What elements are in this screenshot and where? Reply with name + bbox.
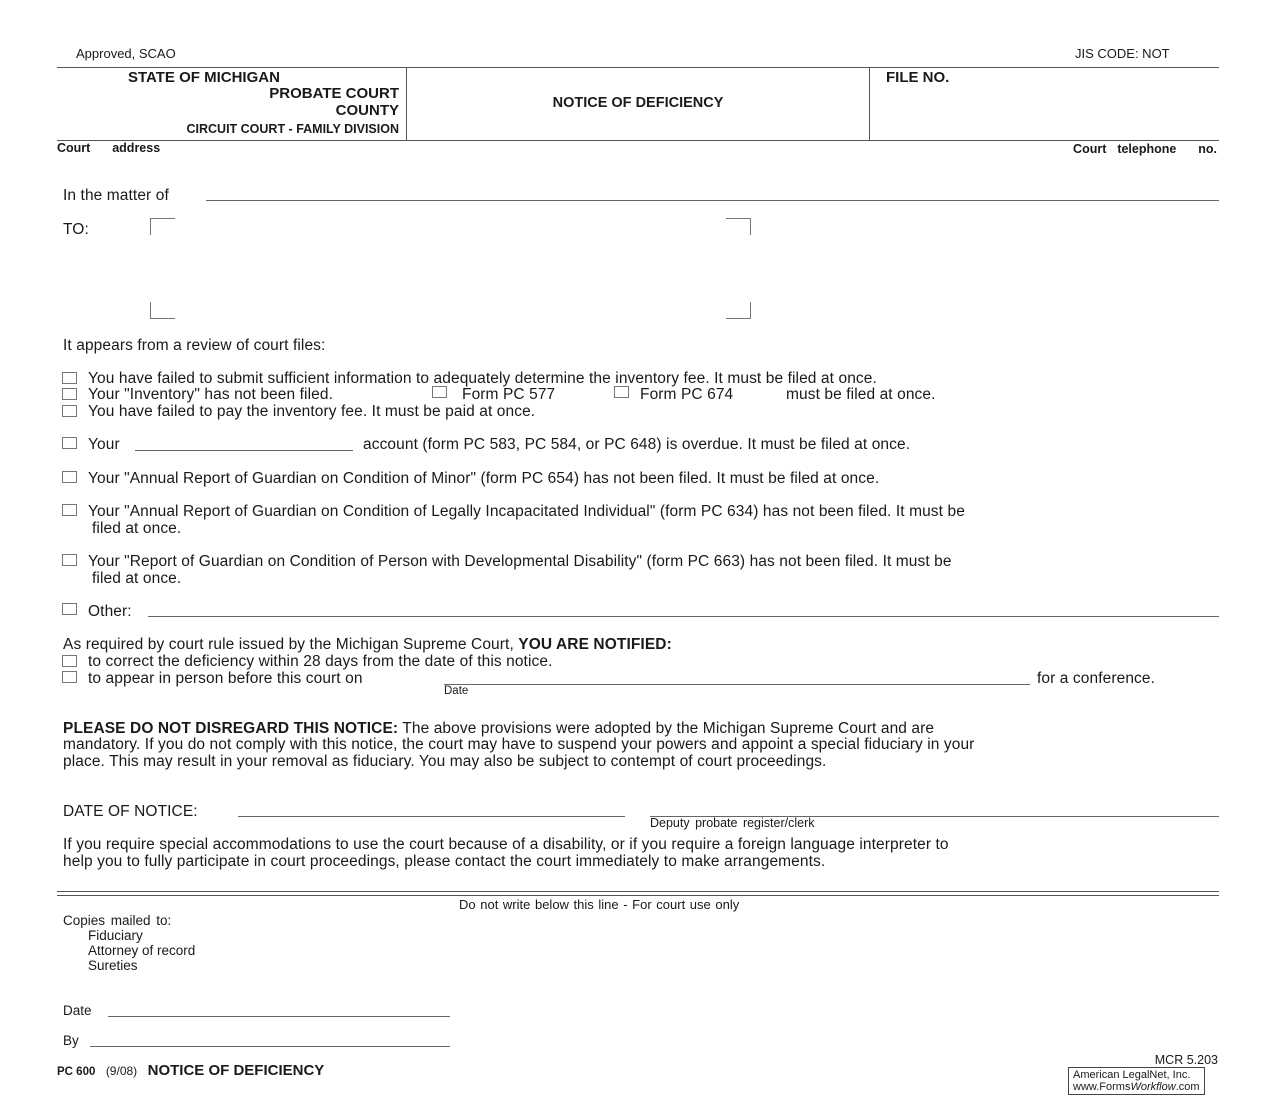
court-use-date-input[interactable] xyxy=(110,998,450,1018)
checkbox-inventory-not-filed[interactable] xyxy=(62,388,77,400)
copies-mailed-label: Copies mailed to: xyxy=(63,913,171,928)
appear-date-caption: Date xyxy=(444,685,468,697)
matter-input[interactable] xyxy=(210,182,1214,202)
addressee-input[interactable] xyxy=(160,226,744,314)
court-label: PROBATE COURT xyxy=(269,85,399,102)
recipient-attorney: Attorney of record xyxy=(88,943,195,958)
state-label: STATE OF MICHIGAN xyxy=(128,69,280,86)
notified-intro-bold: YOU ARE NOTIFIED: xyxy=(518,636,672,653)
account-type-input[interactable] xyxy=(137,433,355,452)
deputy-signature-input[interactable] xyxy=(652,798,1216,818)
approved-label: Approved, SCAO xyxy=(76,46,176,61)
header-divider-right xyxy=(869,67,870,140)
inventory-not-filed-text: Your "Inventory" has not been filed. xyxy=(88,386,333,404)
form-title: NOTICE OF DEFICIENCY xyxy=(407,95,869,111)
footer-title: NOTICE OF DEFICIENCY xyxy=(148,1062,325,1079)
form-footer-id: PC 600 (9/08) NOTICE OF DEFICIENCY xyxy=(57,1062,324,1080)
matter-label: In the matter of xyxy=(63,187,169,205)
checkbox-annual-report-minor[interactable] xyxy=(62,471,77,483)
header-bottom-rule xyxy=(57,140,1219,141)
file-no-input[interactable] xyxy=(886,92,1210,134)
header-top-rule xyxy=(57,67,1219,68)
to-label: TO: xyxy=(63,221,89,239)
court-telephone-label: Court telephone no. xyxy=(1073,142,1217,156)
appear-date-input[interactable] xyxy=(446,666,1030,686)
checkbox-insufficient-info[interactable] xyxy=(62,372,77,384)
form-pc-577-label: Form PC 577 xyxy=(462,386,555,404)
form-code: PC 600 xyxy=(57,1066,95,1078)
court-rule-label: MCR 5.203 xyxy=(1155,1053,1218,1067)
court-use-rule-1 xyxy=(57,891,1219,892)
checkbox-other[interactable] xyxy=(62,603,77,615)
annual-report-lii-line2: filed at once. xyxy=(92,520,181,538)
court-use-by-input[interactable] xyxy=(92,1028,450,1048)
other-label: Other: xyxy=(88,603,132,621)
vendor-url-prefix: www.Forms xyxy=(1073,1081,1130,1093)
recipient-fiduciary: Fiduciary xyxy=(88,928,143,943)
vendor-url-italic: Workflow xyxy=(1130,1081,1175,1093)
checkbox-annual-report-lii[interactable] xyxy=(62,504,77,516)
vendor-stamp: American LegalNet, Inc. www.FormsWorkflo… xyxy=(1068,1067,1205,1095)
file-no-label: FILE NO. xyxy=(886,69,949,86)
appear-in-person-text: to appear in person before this court on xyxy=(88,670,363,688)
court-use-date-label: Date xyxy=(63,1003,92,1018)
account-suffix: account (form PC 583, PC 584, or PC 648)… xyxy=(363,436,910,454)
division-label: CIRCUIT COURT - FAMILY DIVISION xyxy=(186,122,399,136)
court-use-by-label: By xyxy=(63,1033,79,1048)
checkbox-fee-unpaid[interactable] xyxy=(62,405,77,417)
date-of-notice-input[interactable] xyxy=(240,798,624,818)
county-label: COUNTY xyxy=(336,102,399,119)
accommodations-line2: help you to fully participate in court p… xyxy=(63,853,825,871)
checkbox-form-pc-674[interactable] xyxy=(614,386,629,398)
accommodations-line1: If you require special accommodations to… xyxy=(63,836,949,854)
annual-report-lii-line1: Your "Annual Report of Guardian on Condi… xyxy=(88,503,965,521)
date-of-notice-label: DATE OF NOTICE: xyxy=(63,803,198,821)
review-intro: It appears from a review of court files: xyxy=(63,337,325,355)
deputy-caption: Deputy probate register/clerk xyxy=(650,816,815,830)
form-revision: (9/08) xyxy=(106,1064,137,1078)
other-input[interactable] xyxy=(150,598,1219,618)
recipient-sureties: Sureties xyxy=(88,958,138,973)
court-address-label: Court address xyxy=(57,141,160,155)
fee-unpaid-text: You have failed to pay the inventory fee… xyxy=(88,403,535,421)
checkbox-form-pc-577[interactable] xyxy=(432,386,447,398)
checkbox-account-overdue[interactable] xyxy=(62,437,77,449)
warning-line3: place. This may result in your removal a… xyxy=(63,753,826,771)
notified-intro-text: As required by court rule issued by the … xyxy=(63,636,514,653)
report-dd-line2: filed at once. xyxy=(92,570,181,588)
warning-line2: mandatory. If you do not comply with thi… xyxy=(63,736,974,754)
annual-report-minor-text: Your "Annual Report of Guardian on Condi… xyxy=(88,470,879,488)
vendor-url-suffix: .com xyxy=(1176,1081,1200,1093)
checkbox-report-dd[interactable] xyxy=(62,554,77,566)
vendor-url: www.FormsWorkflow.com xyxy=(1073,1081,1200,1093)
court-use-notice: Do not write below this line - For court… xyxy=(459,897,739,912)
inventory-suffix: must be filed at once. xyxy=(786,386,936,404)
vendor-name: American LegalNet, Inc. xyxy=(1073,1069,1200,1081)
court-use-rule-2 xyxy=(57,895,1219,896)
form-pc-674-label: Form PC 674 xyxy=(640,386,733,404)
warning-bold: PLEASE DO NOT DISREGARD THIS NOTICE: xyxy=(63,720,398,737)
account-prefix: Your xyxy=(88,436,120,454)
report-dd-line1: Your "Report of Guardian on Condition of… xyxy=(88,553,952,571)
notified-intro: As required by court rule issued by the … xyxy=(63,636,672,654)
checkbox-correct-deficiency[interactable] xyxy=(62,655,77,667)
checkbox-appear-in-person[interactable] xyxy=(62,671,77,683)
appear-suffix: for a conference. xyxy=(1037,670,1155,688)
jis-code-label: JIS CODE: NOT xyxy=(1075,46,1170,61)
warning-line1-text: The above provisions were adopted by the… xyxy=(402,720,934,737)
